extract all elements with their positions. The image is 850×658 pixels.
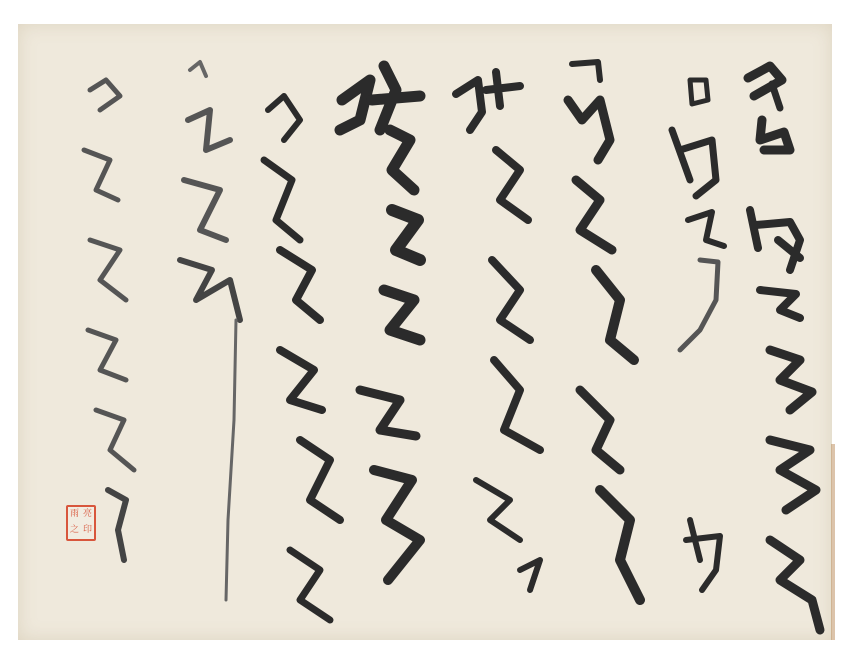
red-seal: 雨 亮 之 印: [66, 505, 96, 541]
seal-char: 之: [68, 523, 81, 539]
seal-char: 雨: [68, 507, 81, 523]
seal-char: 亮: [81, 507, 94, 523]
seal-char: 印: [81, 523, 94, 539]
calligraphy-strokes: [0, 0, 850, 658]
